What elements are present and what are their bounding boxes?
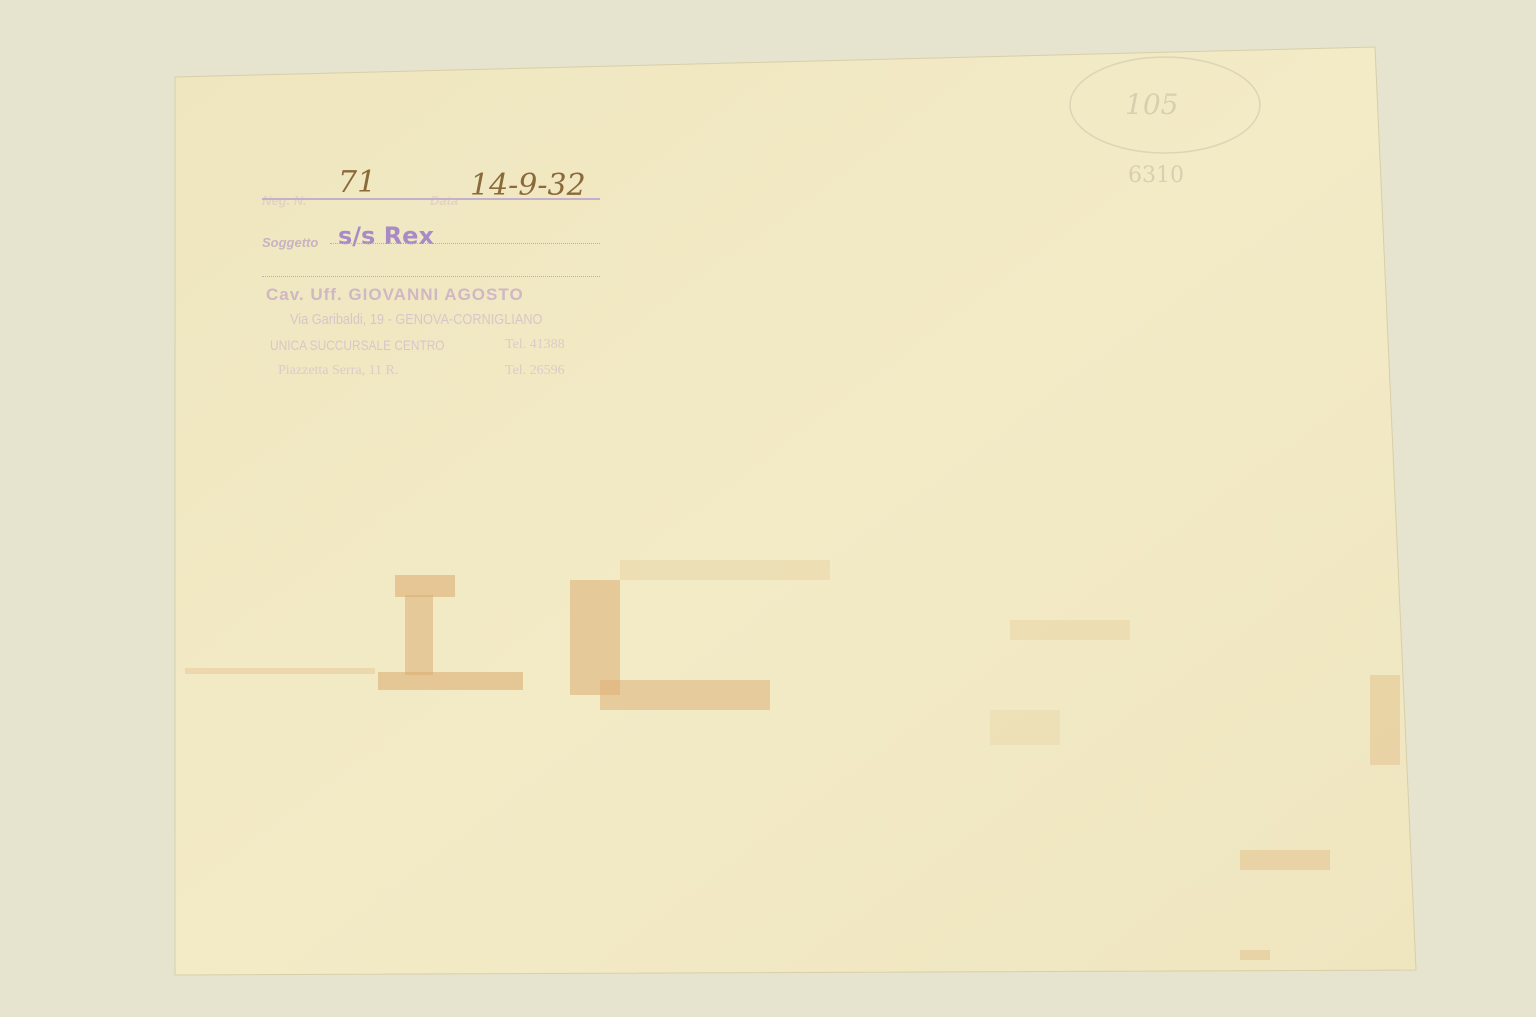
branch-label: UNICA SUCCURSALE CENTRO [270,337,445,353]
studio-name: Cav. Uff. GIOVANNI AGOSTO [266,285,524,305]
neg-label: Neg. N. [262,193,307,208]
branch-tel: Tel. 41388 [505,337,565,353]
branch-tel2: Tel. 26596 [505,363,565,379]
photo-back: Neg. N. 71 Data 14-9-32 Soggetto s/s Rex… [0,0,1536,1017]
studio-address: Via Garibaldi, 19 - GENOVA-CORNIGLIANO [290,311,542,328]
pencil-oval-mark: 105 [1125,88,1178,121]
branch-address: Piazzetta Serra, 11 R. [278,363,398,379]
date-rule [262,198,600,200]
subject-label: Soggetto [262,235,318,250]
subject-value: s/s Rex [338,222,434,250]
pencil-number: 6310 [1128,163,1184,188]
paper-sheet [0,0,1536,1017]
date-label: Data [430,193,458,208]
separator [262,276,600,277]
neg-number: 71 [338,165,376,200]
subject-rule [330,243,600,244]
